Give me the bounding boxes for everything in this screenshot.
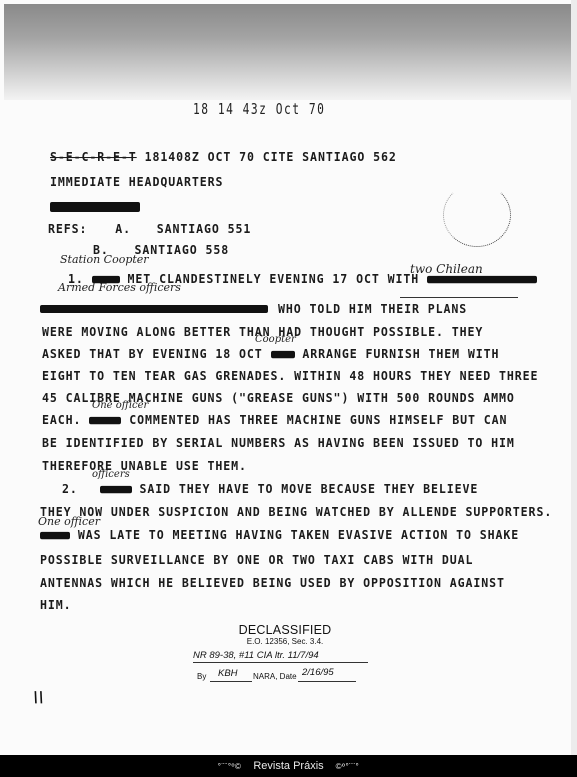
handwritten-officers: officers (92, 469, 130, 480)
declassified-authority: E.O. 12356, Sec. 3.4. (190, 637, 380, 646)
scan-shadow (4, 4, 572, 100)
para1-line9: THEREFORE UNABLE USE THEM. (42, 459, 247, 474)
footer-label: Revista Práxis (253, 760, 323, 772)
classification-struck: S-E-C-R-E-T (50, 150, 137, 165)
by-label: By (197, 672, 206, 681)
para2-line3: WAS LATE TO MEETING HAVING TAKEN EVASIVE… (40, 528, 519, 543)
refs-label: REFS: (48, 222, 87, 237)
redaction-bar (427, 276, 537, 283)
handwritten-one-officer-2: One officer (38, 515, 100, 528)
circular-stamp-mark (443, 183, 511, 247)
nara-date-label: NARA, Date (253, 672, 297, 681)
para2-line5: ANTENNAS WHICH HE BELIEVED BEING USED BY… (40, 576, 505, 591)
footer-right-decoration: ©º°¨¨° (336, 762, 360, 771)
date-underline (298, 681, 356, 682)
scanned-document-page: 18 14 43z Oct 70 S-E-C-R-E-T 181408Z OCT… (0, 0, 577, 755)
para1-line7: EACH. COMMENTED HAS THREE MACHINE GUNS H… (42, 413, 507, 428)
handwritten-coopter: Coopter (255, 334, 296, 345)
case-line-underline (193, 662, 368, 663)
footer-left-decoration: °¨¨°º© (218, 762, 242, 771)
date-time-group: 181408Z OCT 70 CITE SANTIAGO 562 (145, 150, 397, 165)
redaction-bar (50, 202, 140, 212)
handwritten-underline (400, 297, 518, 298)
declassification-stamp: DECLASSIFIED E.O. 12356, Sec. 3.4. (190, 623, 380, 646)
declassified-title: DECLASSIFIED (190, 623, 380, 637)
redaction-bar (92, 276, 120, 283)
para1-line8: BE IDENTIFIED BY SERIAL NUMBERS AS HAVIN… (42, 436, 515, 451)
ref-a-value: SANTIAGO 551 (157, 222, 252, 237)
para1-line5: EIGHT TO TEN TEAR GAS GRENADES. WITHIN 4… (42, 369, 538, 384)
by-underline (210, 681, 252, 682)
footer-bar: °¨¨°º© Revista Práxis ©º°¨¨° (0, 755, 577, 777)
refs-line-a: REFS: A. SANTIAGO 551 (48, 222, 251, 237)
para2-number: 2. (62, 482, 78, 497)
declassified-date: 2/16/95 (302, 667, 334, 678)
para2-line6: HIM. (40, 598, 72, 613)
handwritten-station-coopter: Station Coopter (60, 253, 149, 266)
redaction-bar (40, 305, 268, 313)
declassified-case-line: NR 89-38, #11 CIA ltr. 11/7/94 (193, 650, 319, 661)
page-edge (571, 0, 577, 755)
para1-line4: ASKED THAT BY EVENING 18 OCT ARRANGE FUR… (42, 347, 499, 362)
ref-a-letter: A. (115, 222, 131, 237)
para1-number: 1. (68, 272, 84, 287)
redaction-bar (89, 417, 121, 424)
received-time-stamp: 18 14 43z Oct 70 (193, 100, 325, 118)
para2-line2: THEY NOW UNDER SUSPICION AND BEING WATCH… (40, 505, 552, 520)
margin-mark: \\ (31, 688, 47, 706)
redaction-bar (40, 532, 70, 539)
para1-line2-redaction (40, 298, 268, 317)
para1-line1: 1. MET CLANDESTINELY EVENING 17 OCT WITH (68, 272, 537, 287)
para1-line2: WHO TOLD HIM THEIR PLANS (278, 302, 467, 317)
redacted-addressee (50, 196, 140, 215)
redaction-bar (271, 351, 295, 358)
redaction-bar (100, 486, 132, 493)
para2-line1: 2. SAID THEY HAVE TO MOVE BECAUSE THEY B… (62, 482, 478, 497)
handwritten-one-officer: One officer (92, 400, 148, 411)
message-header-line: S-E-C-R-E-T 181408Z OCT 70 CITE SANTIAGO… (50, 150, 397, 165)
para2-line4: POSSIBLE SURVEILLANCE BY ONE OR TWO TAXI… (40, 553, 473, 568)
reviewer-initials: KBH (218, 668, 238, 679)
precedence-line: IMMEDIATE HEADQUARTERS (50, 175, 223, 190)
